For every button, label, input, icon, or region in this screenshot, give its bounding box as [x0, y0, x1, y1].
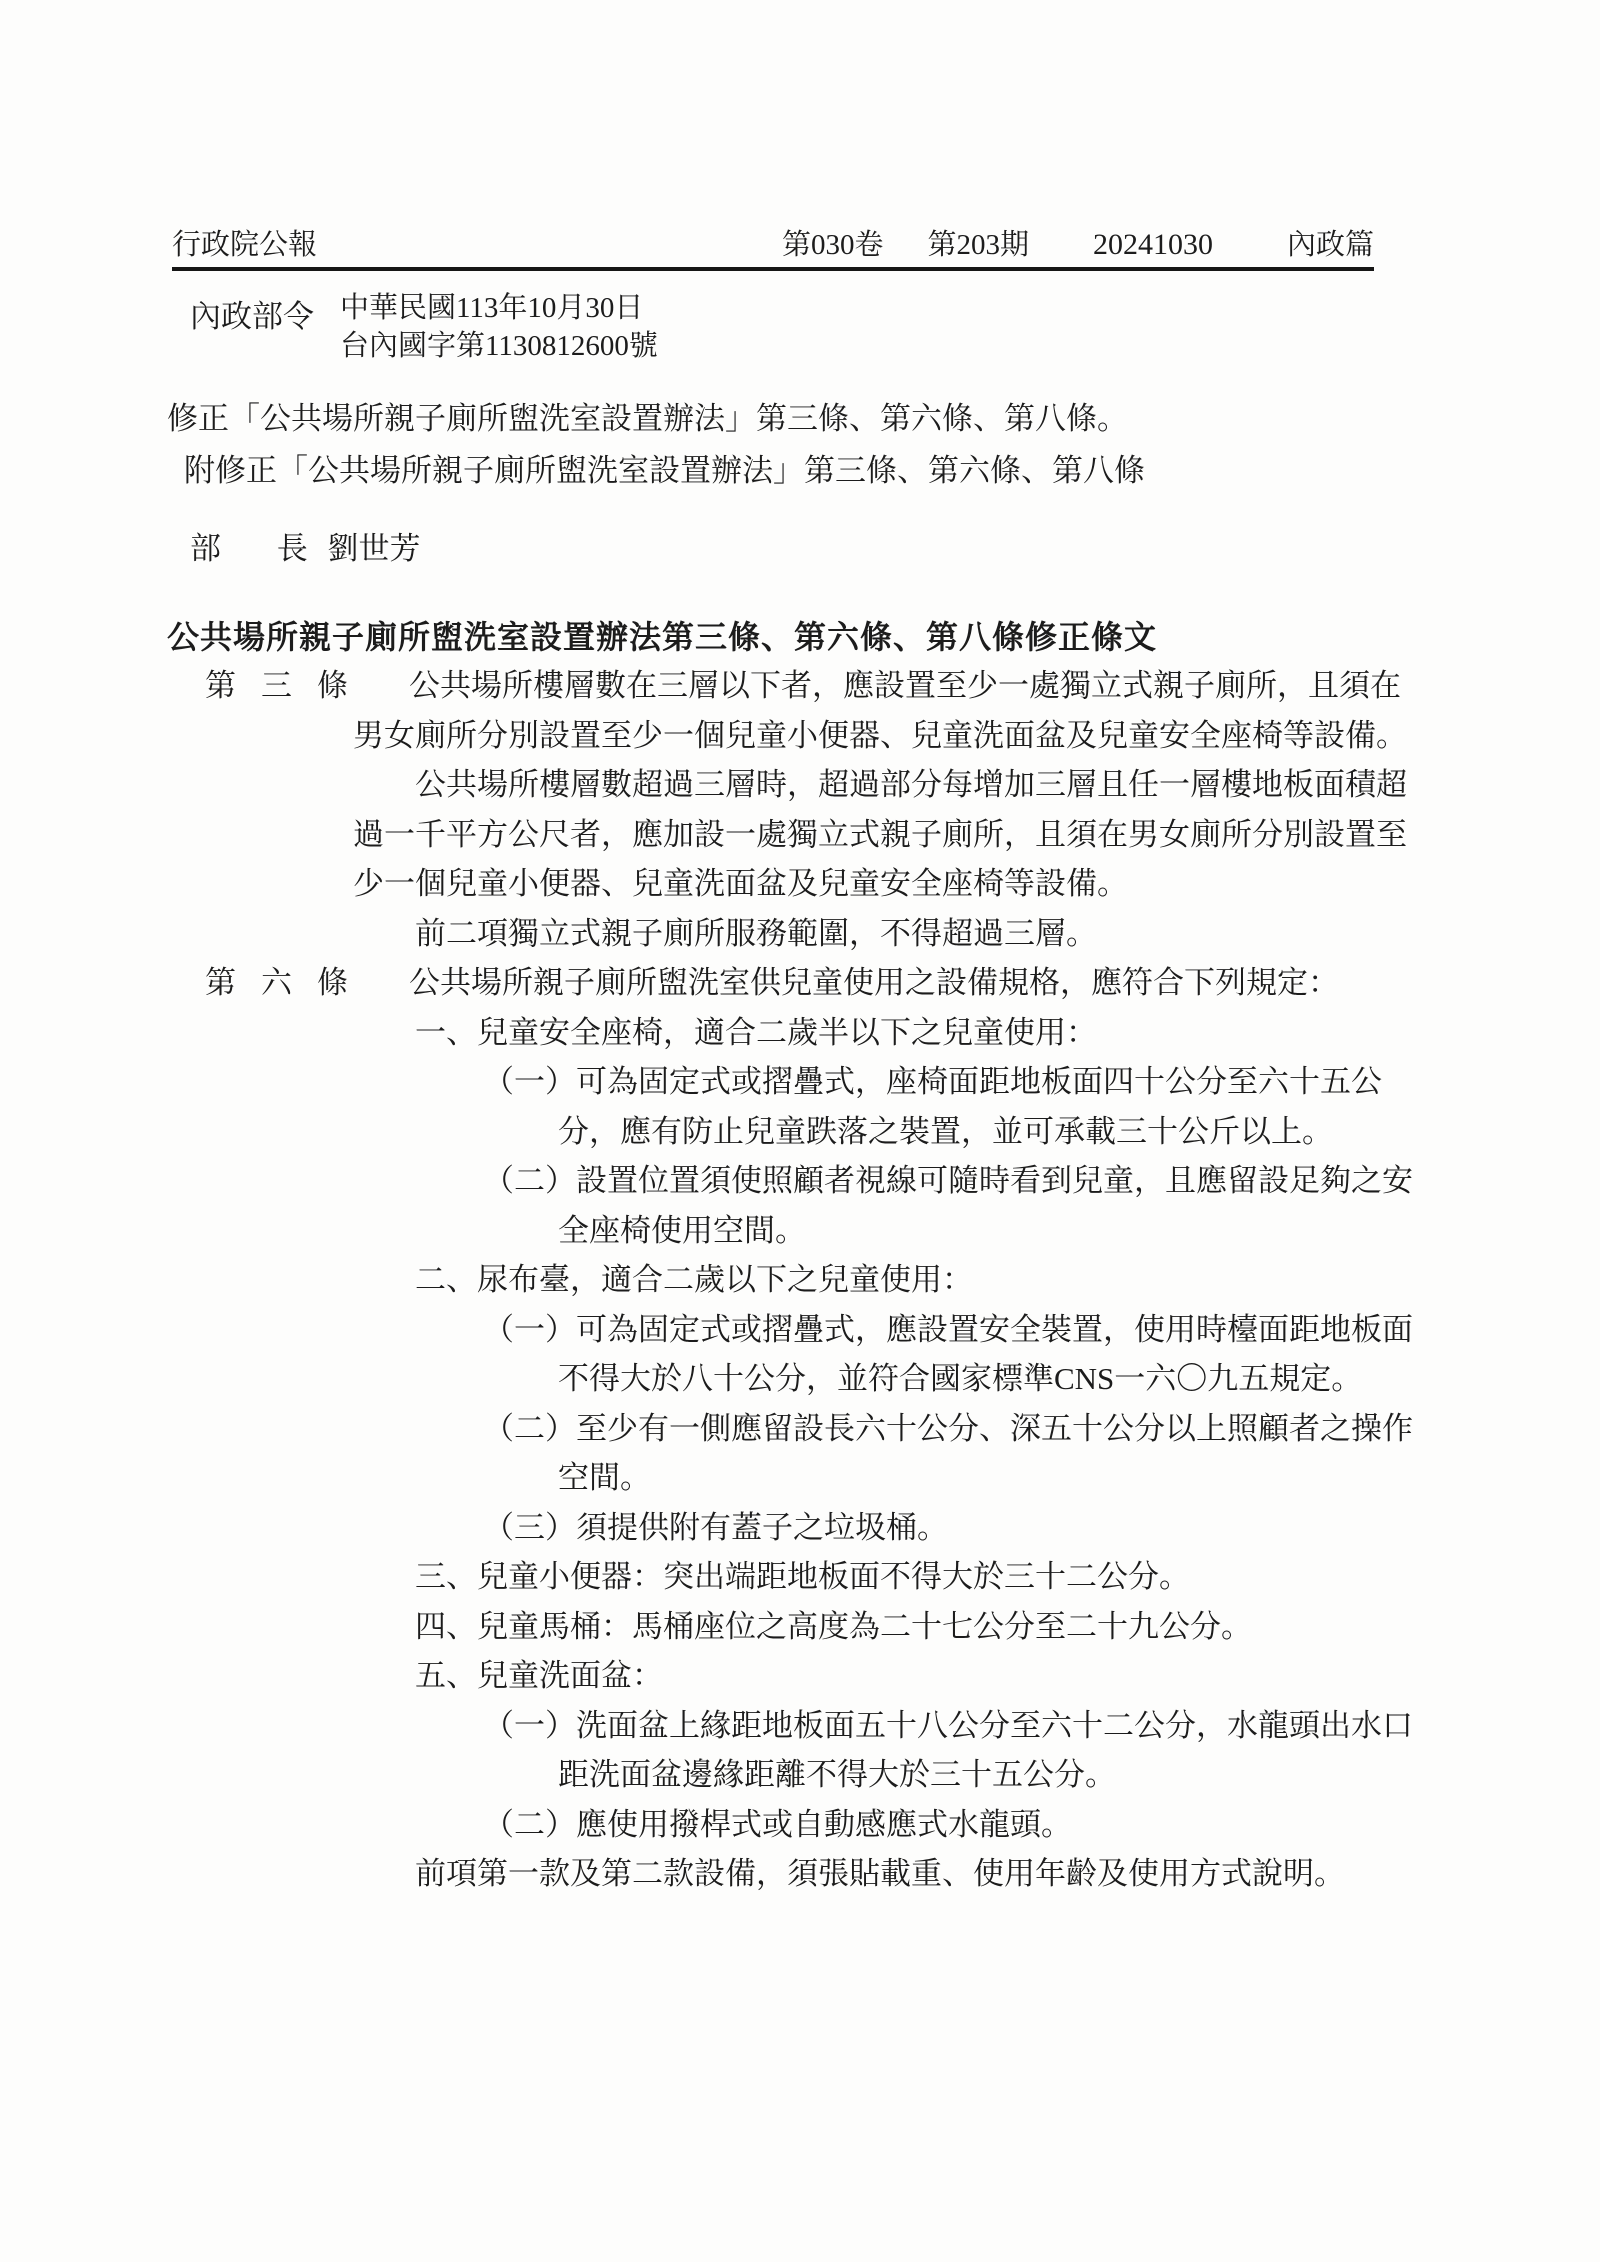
gazette-page: 行政院公報 第030卷 第203期 20241030 內政篇 內政部令 中華民國… [0, 0, 1600, 2262]
order-date-block: 中華民國113年10月30日 台內國字第1130812600號 [340, 289, 658, 365]
sub-item-line: 距洗面盆邊緣距離不得大於三十五公分。 [558, 1750, 1475, 1800]
sub-item-line: 分，應有防止兒童跌落之裝置，並可承載三十公斤以上。 [558, 1107, 1475, 1157]
article-6-number: 第 六 條 [205, 958, 345, 1008]
publication-title: 行政院公報 [172, 228, 317, 262]
minister-title-char-2: 長 [277, 531, 308, 566]
article-3-line: 過一千平方公尺者，應加設一處獨立式親子廁所，且須在男女廁所分別設置至 [353, 810, 1475, 860]
volume-number: 第030卷 [782, 228, 884, 262]
order-ref-number: 台內國字第1130812600號 [340, 327, 658, 365]
sub-item-line: （三）須提供附有蓋子之垃圾桶。 [483, 1503, 1475, 1553]
section-name: 內政篇 [1287, 228, 1374, 262]
article-3-line: 少一個兒童小便器、兒童洗面盆及兒童安全座椅等設備。 [353, 859, 1475, 909]
minister-title-char-1: 部 [190, 531, 221, 566]
amendment-statement: 修正「公共場所親子廁所盥洗室設置辦法」第三條、第六條、第八條。 [167, 393, 1128, 438]
article-6-heading-line: 第 六 條公共場所親子廁所盥洗室供兒童使用之設備規格，應符合下列規定： [205, 958, 1475, 1008]
sub-item-line: （一）可為固定式或摺疊式，座椅面距地板面四十公分至六十五公 [483, 1057, 1475, 1107]
issue-number: 第203期 [927, 228, 1029, 262]
attachment-statement: 附修正「公共場所親子廁所盥洗室設置辦法」第三條、第六條、第八條 [184, 445, 1145, 490]
list-item-1-line: 一、兒童安全座椅，適合二歲半以下之兒童使用： [415, 1008, 1475, 1058]
sub-item-line: 不得大於八十公分，並符合國家標準CNS一六〇九五規定。 [558, 1354, 1475, 1404]
minister-signature: 部 長 劉世芳 [190, 523, 421, 568]
article-6-text: 公共場所親子廁所盥洗室供兒童使用之設備規格，應符合下列規定： [409, 965, 1339, 1000]
sub-item-line: 全座椅使用空間。 [558, 1206, 1475, 1256]
article-3-paragraph-3-line: 前二項獨立式親子廁所服務範圍，不得超過三層。 [415, 909, 1475, 959]
sub-item-line: （一）可為固定式或摺疊式，應設置安全裝置，使用時檯面距地板面 [483, 1305, 1475, 1355]
article-3-line: 男女廁所分別設置至少一個兒童小便器、兒童洗面盆及兒童安全座椅等設備。 [353, 711, 1475, 761]
sub-item-line: （一）洗面盆上緣距地板面五十八公分至六十二公分，水龍頭出水口 [483, 1701, 1475, 1751]
running-head: 行政院公報 第030卷 第203期 20241030 內政篇 [172, 228, 1374, 271]
article-3-text: 公共場所樓層數在三層以下者，應設置至少一處獨立式親子廁所，且須在 [409, 668, 1401, 703]
article-6-final-paragraph-line: 前項第一款及第二款設備，須張貼載重、使用年齡及使用方式說明。 [415, 1849, 1475, 1899]
article-3-number: 第 三 條 [205, 661, 345, 711]
issue-date: 20241030 [1093, 228, 1213, 262]
sub-item-line: （二）至少有一側應留設長六十公分、深五十公分以上照顧者之操作 [483, 1404, 1475, 1454]
sub-item-line: （二）設置位置須使照顧者視線可隨時看到兒童，且應留設足夠之安 [483, 1156, 1475, 1206]
order-date: 中華民國113年10月30日 [340, 289, 658, 327]
list-item-5-line: 五、兒童洗面盆： [415, 1651, 1475, 1701]
sub-item-line: 空間。 [558, 1453, 1475, 1503]
article-3-heading-line: 第 三 條公共場所樓層數在三層以下者，應設置至少一處獨立式親子廁所，且須在 [205, 661, 1475, 711]
issue-info: 第030卷 第203期 20241030 內政篇 [782, 228, 1374, 262]
order-agency: 內政部令 [190, 291, 314, 336]
document-body: 第 三 條公共場所樓層數在三層以下者，應設置至少一處獨立式親子廁所，且須在 男女… [175, 661, 1475, 1899]
document-title: 公共場所親子廁所盥洗室設置辦法第三條、第六條、第八條修正條文 [167, 612, 1157, 658]
list-item-3-line: 三、兒童小便器：突出端距地板面不得大於三十二公分。 [415, 1552, 1475, 1602]
sub-item-line: （二）應使用撥桿式或自動感應式水龍頭。 [483, 1800, 1475, 1850]
minister-name: 劉世芳 [328, 531, 421, 566]
list-item-2-line: 二、尿布臺，適合二歲以下之兒童使用： [415, 1255, 1475, 1305]
list-item-4-line: 四、兒童馬桶：馬桶座位之高度為二十七公分至二十九公分。 [415, 1602, 1475, 1652]
article-3-paragraph-2-line: 公共場所樓層數超過三層時，超過部分每增加三層且任一層樓地板面積超 [415, 760, 1475, 810]
